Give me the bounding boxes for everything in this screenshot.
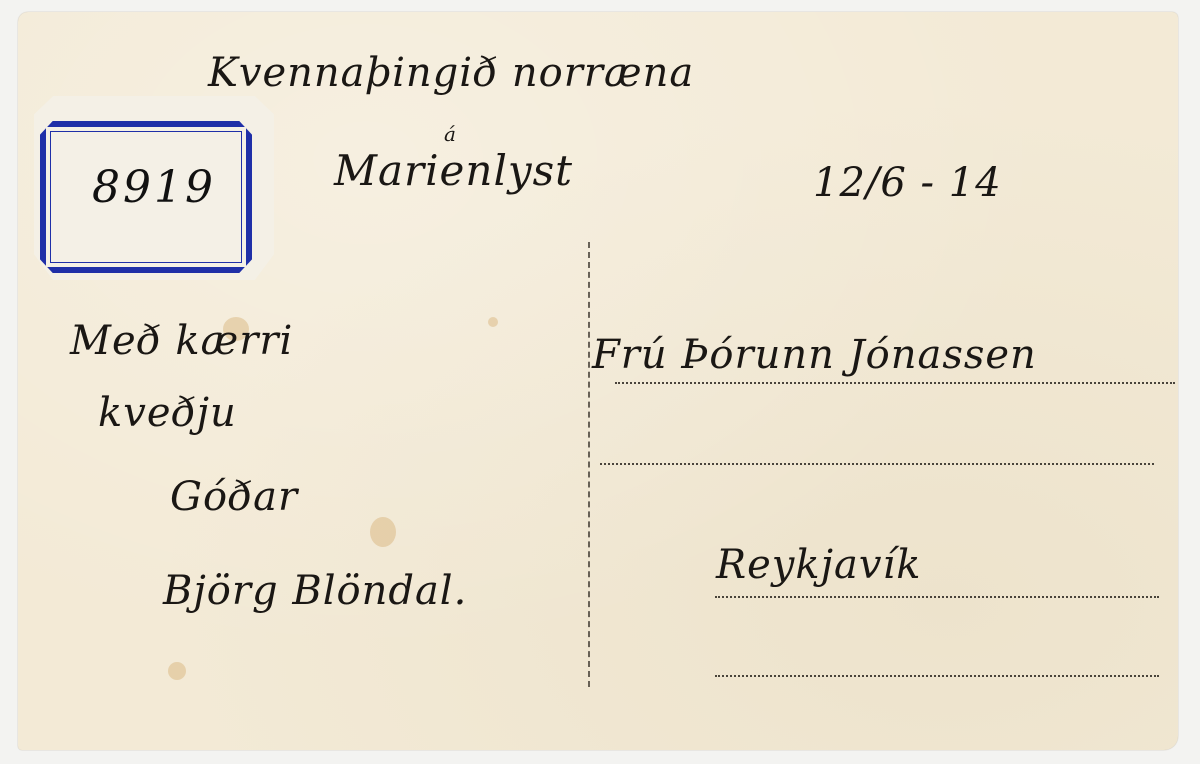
header-line-2-prefix: á — [444, 122, 457, 146]
header-line-1: Kvennaþingið norræna — [208, 50, 694, 96]
address-line-1: Frú Þórunn Jónassen — [592, 332, 1037, 378]
address-rule-1 — [615, 382, 1175, 384]
foxing-spot — [168, 662, 186, 680]
message-line-3: Góðar — [170, 474, 298, 520]
address-rule-2 — [600, 463, 1154, 465]
catalog-number: 8919 — [92, 162, 216, 213]
foxing-spot — [370, 517, 396, 547]
header-line-2-place: Marienlyst — [334, 146, 573, 195]
catalog-label: 8919 — [34, 96, 274, 280]
center-divider — [588, 242, 590, 687]
header-date: 12/6 - 14 — [813, 160, 1002, 206]
foxing-spot — [488, 317, 498, 327]
message-line-1: Með kærri — [70, 318, 293, 364]
address-line-3: Reykjavík — [716, 542, 922, 588]
message-signature: Björg Blöndal. — [163, 568, 467, 614]
address-rule-3 — [715, 596, 1159, 598]
address-rule-4 — [715, 675, 1159, 677]
message-line-2: kveðju — [98, 390, 237, 436]
